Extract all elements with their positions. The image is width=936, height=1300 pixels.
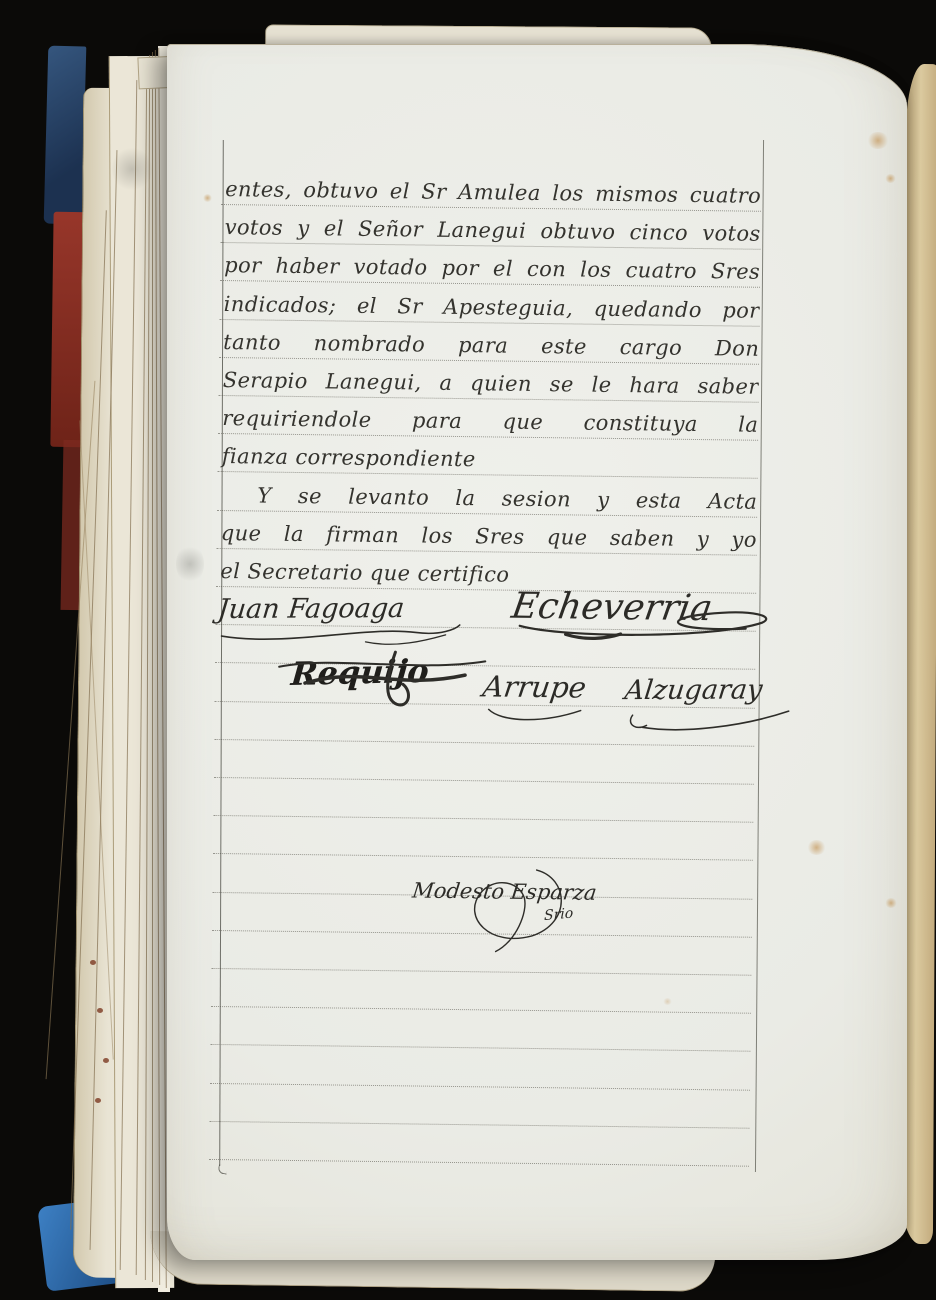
signature-arrupe: Arrupe [481,669,589,704]
signature-rubric-loop [440,863,581,960]
rule-line [213,853,753,861]
smudge [112,146,152,192]
manuscript-page: entes, obtuvo el Sr Amulea los mismos cu… [167,44,907,1260]
manuscript-line: indicados; el Sr Apesteguia, quedando po… [223,292,759,333]
rule-line [214,777,754,785]
page-edge-line [152,52,153,1282]
signature-alzugaray: Alzugaray [623,674,764,706]
book-photo: entes, obtuvo el Sr Amulea los mismos cu… [0,0,936,1300]
foxing-spot [885,174,896,183]
book-cover-blue [44,46,87,225]
rule-line [211,968,751,976]
manuscript-line: fianza correspondiente [222,444,758,481]
manuscript-line: entes, obtuvo el Sr Amulea los mismos cu… [225,177,761,218]
spine-speckle [95,1098,101,1103]
manuscript-line: votos y el Señor Lanegui obtuvo cinco vo… [224,215,760,256]
manuscript-line: por haber votado por el con los cuatro S… [224,253,760,294]
foxing-spot [885,898,897,908]
spine-speckle [103,1058,109,1063]
manuscript-line: Serapio Lanegui, a quien se le hara sabe… [223,368,759,409]
signature-flourish [505,604,796,658]
manuscript-line: tanto nombrado para este cargo Don [223,330,759,371]
writing-area: entes, obtuvo el Sr Amulea los mismos cu… [208,204,761,1221]
rule-line [214,739,754,747]
spine-speckle [97,1008,103,1013]
rule-line [213,815,753,823]
manuscript-line: requiriendole para que constituya la [222,406,758,447]
foxing-spot [203,194,212,202]
rule-line [211,1006,751,1014]
signature-flourish [622,703,797,739]
smudge [176,544,204,584]
signature-flourish [480,703,600,729]
spine-speckle [90,960,96,965]
signature-flourish [275,649,506,714]
signature-flourish [215,616,465,653]
manuscript-line: que la firman los Sres que saben y yo [221,521,757,562]
rule-line [209,1121,749,1129]
foxing-spot [807,840,826,855]
foxing-spot [867,132,889,149]
rule-line [210,1044,750,1052]
rule-line [210,1083,750,1091]
rule-line [209,1159,749,1167]
manuscript-line: Y se levanto la sesion y esta Acta [257,483,757,523]
